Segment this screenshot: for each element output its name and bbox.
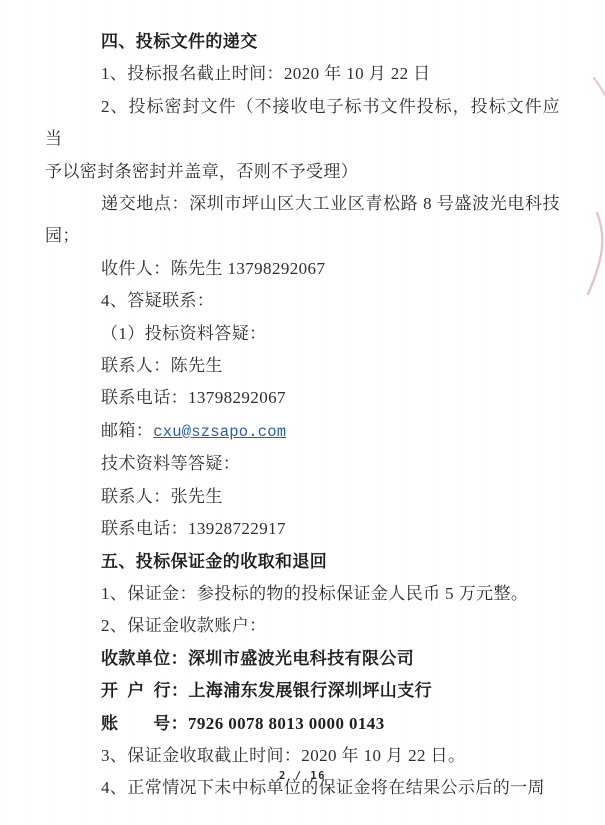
line-bank-name: 开 户 行：上海浦东发展银行深圳坪山支行 (45, 675, 560, 707)
line-bid-material-qa: （1）投标资料答疑： (45, 318, 560, 350)
line-delivery-address-2: 园； (45, 220, 560, 252)
heading-bid-deposit: 五、投标保证金的收取和退回 (45, 546, 560, 578)
line-payee-name: 收款单位：深圳市盛波光电科技有限公司 (45, 643, 560, 675)
line-sealed-documents-1: 2、投标密封文件（不接收电子标书文件投标，投标文件应当 (45, 91, 560, 156)
line-deposit-account-heading: 2、保证金收款账户： (45, 610, 560, 642)
line-bid-registration-deadline: 1、投标报名截止时间：2020 年 10 月 22 日 (45, 58, 560, 90)
line-contact-person-chen: 联系人：陈先生 (45, 350, 560, 382)
line-technical-qa: 技术资料等答疑： (45, 448, 560, 480)
line-sealed-documents-2: 予以密封条密封并盖章，否则不予受理） (45, 156, 560, 188)
line-delivery-address-1: 递交地点：深圳市坪山区大工业区青松路 8 号盛波光电科技 (45, 188, 560, 220)
line-contact-person-zhang: 联系人：张先生 (45, 481, 560, 513)
document-page: 四、投标文件的递交 1、投标报名截止时间：2020 年 10 月 22 日 2、… (0, 0, 605, 805)
line-recipient: 收件人：陈先生 13798292067 (45, 253, 560, 285)
line-contact-phone-zhang: 联系电话：13928722917 (45, 513, 560, 545)
line-contact-phone-chen: 联系电话：13798292067 (45, 382, 560, 414)
email-label: 邮箱： (101, 421, 153, 440)
page-number: 2 / 16 (0, 770, 605, 782)
heading-submission-of-bid-documents: 四、投标文件的递交 (45, 26, 560, 58)
line-deposit-deadline: 3、保证金收取截止时间：2020 年 10 月 22 日。 (45, 740, 560, 772)
email-link[interactable]: cxu@szsapo.com (153, 423, 286, 441)
line-deposit-amount: 1、保证金：参投标的物的投标保证金人民币 5 万元整。 (45, 578, 560, 610)
line-qa-contact-heading: 4、答疑联系： (45, 285, 560, 317)
line-account-number: 账 号：7926 0078 8013 0000 0143 (45, 708, 560, 740)
line-email: 邮箱：cxu@szsapo.com (45, 415, 560, 448)
